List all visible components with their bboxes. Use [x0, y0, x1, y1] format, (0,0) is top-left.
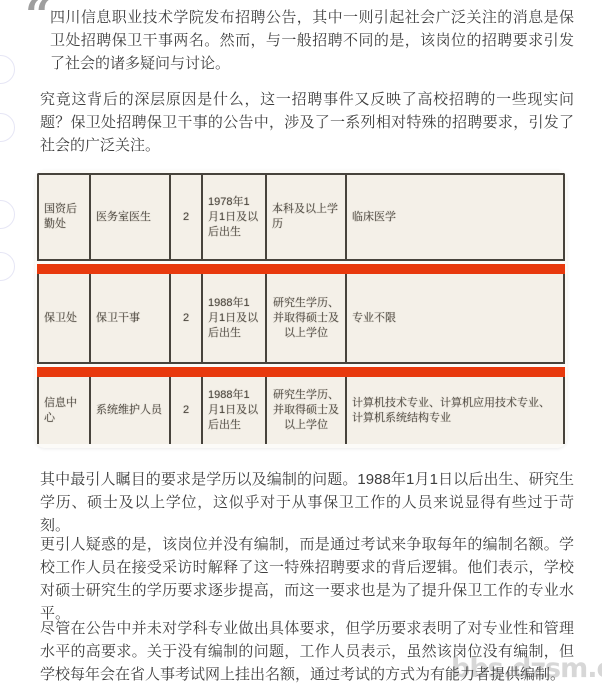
table-cell-dept: 国资后勤处 — [37, 175, 91, 259]
decorative-bubble — [0, 55, 15, 84]
table-row: 国资后勤处 医务室医生 2 1978年1月1日及以后出生 本科及以上学历 临床医… — [37, 173, 565, 261]
table-cell-major: 专业不限 — [347, 274, 565, 362]
quote-paragraph: 四川信息职业技术学院发布招聘公告，其中一则引起社会广泛关注的消息是保卫处招聘保卫… — [50, 6, 574, 75]
table-cell-birth: 1988年1月1日及以后出生 — [203, 274, 267, 362]
table-cell-degree: 本科及以上学历 — [267, 175, 347, 259]
highlight-bar-bottom — [37, 367, 565, 377]
table-cell-count: 2 — [171, 274, 203, 362]
table-cell-dept: 信息中心 — [37, 377, 91, 444]
decorative-bubble — [0, 200, 15, 229]
table-cell-degree: 研究生学历、并取得硕士及以上学位 — [267, 377, 347, 444]
highlight-bar-top — [37, 264, 565, 274]
table-cell-major: 临床医学 — [347, 175, 565, 259]
table-cell-count: 2 — [171, 175, 203, 259]
recruitment-table-image: 国资后勤处 医务室医生 2 1978年1月1日及以后出生 本科及以上学历 临床医… — [35, 170, 567, 448]
quote-icon: “ — [25, 0, 51, 38]
decorative-bubble — [0, 252, 15, 281]
decorative-bubble — [0, 113, 15, 142]
paragraph-explanation: 更引人疑惑的是，该岗位并没有编制，而是通过考试来争取每年的编制名额。学校工作人员… — [40, 533, 574, 625]
table-cell-birth: 1978年1月1日及以后出生 — [203, 175, 267, 259]
table-cell-major: 计算机技术专业、计算机应用技术专业、计算机系统结构专业 — [347, 377, 565, 444]
table-cell-position: 医务室医生 — [91, 175, 171, 259]
paragraph-intro: 究竟这背后的深层原因是什么，这一招聘事件又反映了高校招聘的一些现实问题？保卫处招… — [40, 88, 574, 157]
table-cell-count: 2 — [171, 377, 203, 444]
table-cell-degree: 研究生学历、并取得硕士及以上学位 — [267, 274, 347, 362]
table-cell-birth: 1988年1月1日及以后出生 — [203, 377, 267, 444]
table-cell-position: 保卫干事 — [91, 274, 171, 362]
paragraph-conclusion: 尽管在公告中并未对学科专业做出具体要求，但学历要求表明了对专业性和管理水平的高要… — [40, 617, 574, 686]
table-row-highlighted: 保卫处 保卫干事 2 1988年1月1日及以后出生 研究生学历、并取得硕士及以上… — [37, 274, 565, 364]
table-cell-dept: 保卫处 — [37, 274, 91, 362]
table-cell-position: 系统维护人员 — [91, 377, 171, 444]
paragraph-requirements: 其中最引人瞩目的要求是学历以及编制的问题。1988年1月1日以后出生、研究生学历… — [40, 468, 574, 537]
article-page: “ 四川信息职业技术学院发布招聘公告，其中一则引起社会广泛关注的消息是保卫处招聘… — [0, 0, 602, 687]
table-row: 信息中心 系统维护人员 2 1988年1月1日及以后出生 研究生学历、并取得硕士… — [37, 377, 565, 444]
